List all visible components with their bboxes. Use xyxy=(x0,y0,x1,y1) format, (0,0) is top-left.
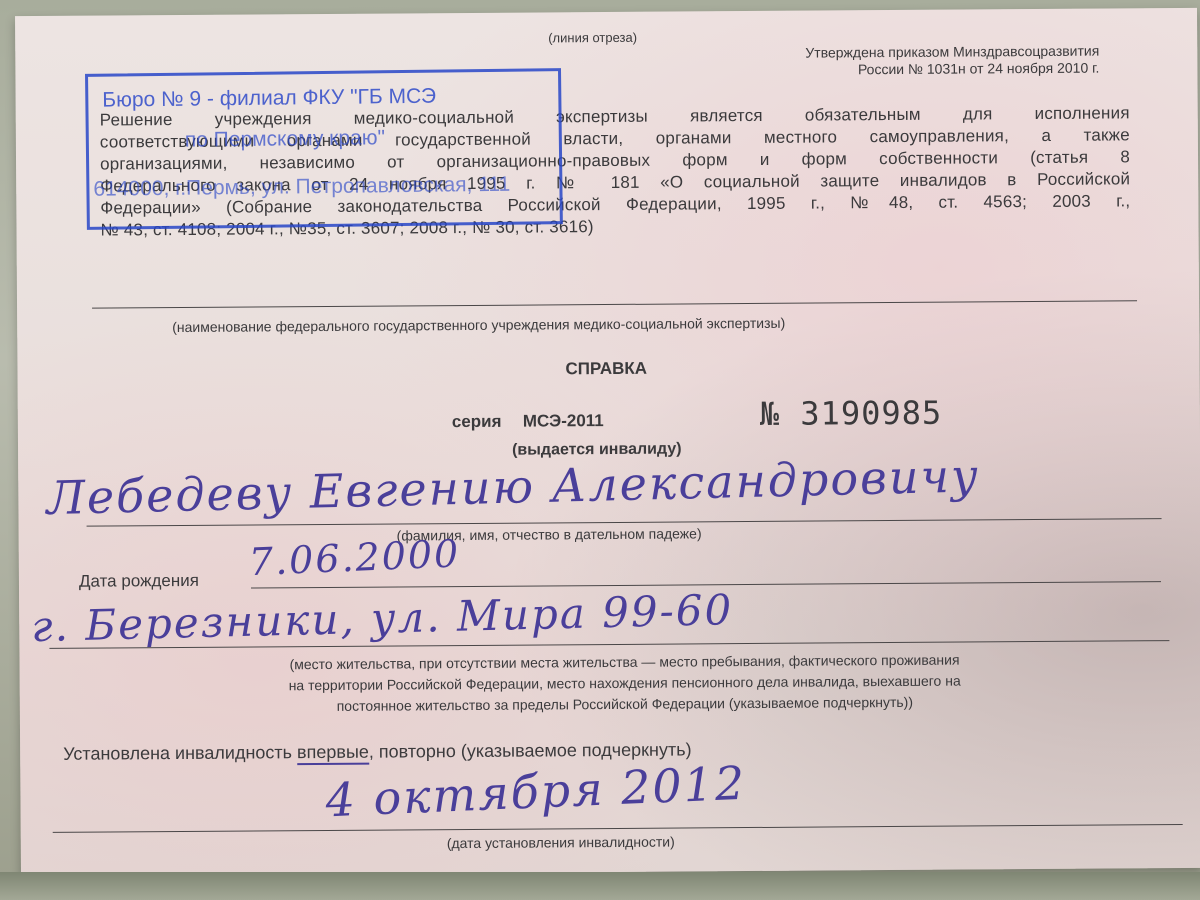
certificate-paper: (линия отреза) Утверждена приказом Минзд… xyxy=(15,8,1200,876)
approval-note-line2: России № 1031н от 24 ноября 2010 г. xyxy=(858,59,1100,79)
disability-date-caption: (дата установления инвалидности) xyxy=(447,834,675,852)
certificate-number: № 3190985 xyxy=(760,394,943,433)
table-surface xyxy=(0,872,1200,900)
disability-date-line xyxy=(53,824,1183,833)
birth-date-label: Дата рождения xyxy=(79,571,199,592)
document-title: СПРАВКА xyxy=(565,359,647,380)
institution-caption: (наименование федерального государственн… xyxy=(172,315,785,335)
bureau-stamp: Бюро № 9 - филиал ФКУ "ГБ МСЭ по Пермско… xyxy=(85,68,563,230)
stamp-region: по Пермскому краю" xyxy=(185,126,385,152)
address-caption: (место жительства, при отсутствии места … xyxy=(89,648,1159,718)
series-value: МСЭ-2011 xyxy=(523,411,604,432)
status-prefix: Установлена инвалидность xyxy=(63,742,297,764)
stamp-bureau-name: Бюро № 9 - филиал ФКУ "ГБ МСЭ xyxy=(102,85,436,113)
handwritten-name: Лебедеву Евгению Александровичу xyxy=(46,448,981,525)
handwritten-address: г. Березники, ул. Мира 99-60 xyxy=(31,585,734,651)
institution-line xyxy=(92,300,1137,308)
status-rest: , повторно (указываемое подчеркнуть) xyxy=(369,739,692,761)
status-first-time: впервые xyxy=(297,742,369,766)
handwritten-birth-date: 7.06.2000 xyxy=(248,531,461,584)
series-label: серия xyxy=(452,412,502,432)
cut-line-label: (линия отреза) xyxy=(548,30,637,46)
stamp-address: 614000, г.Пермь, ул. Петропавловская, 11… xyxy=(93,173,510,202)
handwritten-disability-date: 4 октября 2012 xyxy=(324,756,747,828)
